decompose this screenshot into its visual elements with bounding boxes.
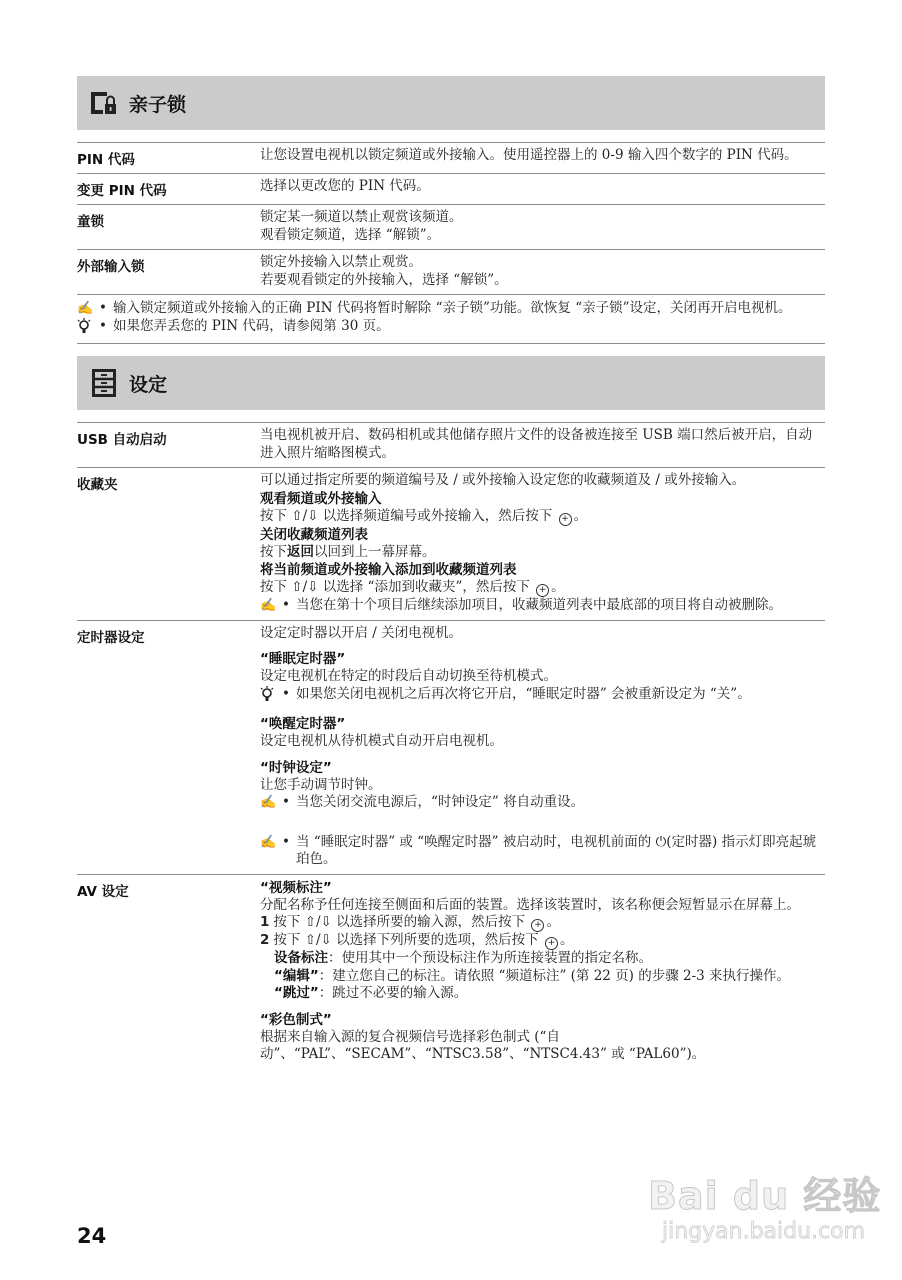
row-text: 按下 ⇧/⇩ 以选择频道编号或外接输入，然后按下 +。 [260,508,825,526]
note-item: ✍ • 当您关闭交流电源后，“时钟设定” 将自动重设。 [260,794,825,812]
row-label: 外部输入锁 [77,254,260,289]
row-text: 锁定某一频道以禁止观赏该频道。 [260,209,825,227]
text: ：使用其中一个预设标注作为所连接装置的指定名称。 [328,950,652,966]
bullet: • [99,300,113,318]
row-text: 选择以更改您的 PIN 代码。 [260,178,825,196]
subheading: “彩色制式” [260,1011,825,1029]
text: 按下 ⇧/⇩ 以选择频道编号或外接输入，然后按下 [260,508,552,524]
subheading: “时钟设定” [260,759,825,777]
bullet: • [99,318,113,336]
watermark-logo-text: Bai du 经验 [648,1165,881,1220]
subheading: 将当前频道或外接输入添加到收藏频道列表 [260,561,825,579]
timer-indicator-icon: ⏻ [656,834,667,850]
text: ：建立您自己的标注。请依照 “频道标注” (第 22 页) 的步骤 2-3 来执… [319,968,790,984]
tip-bulb-icon [260,686,282,708]
text: 按下 ⇧/⇩ 以选择 “添加到收藏夹”，然后按下 [260,579,530,595]
subheading: 观看频道或外接输入 [260,490,825,508]
row-text: 设定定时器以开启 / 关闭电视机。 [260,625,825,643]
text: 以回到上一幕屏幕。 [314,544,436,560]
row-text: 分配名称予任何连接至侧面和后面的装置。选择该装置时，该名称便会短暂显示在屏幕上。 [260,897,825,915]
table-row-usb-auto-start: USB 自动启动 当电视机被开启、数码相机或其他储存照片文件的设备被连接至 US… [77,422,825,467]
step-number: 1 [260,914,269,930]
note-text: 当 “睡眠定时器” 或 “唤醒定时器” 被启动时，电视机前面的 ⏻(定时器) 指… [296,834,825,869]
note-pencil-icon: ✍ [77,300,99,318]
text: ：跳过不必要的输入源。 [319,985,468,1001]
text: 按下 ⇧/⇩ 以选择下列所要的选项，然后按下 [273,932,538,948]
subheading: “唤醒定时器” [260,715,825,733]
parental-lock-icon [89,88,119,118]
option-name: “跳过” [274,985,319,1001]
baidu-watermark: Bai du 经验 jingyan.baidu.com [648,1165,888,1265]
note-text: 输入锁定频道或外接输入的正确 PIN 代码将暂时解除 “亲子锁”功能。欲恢复 “… [113,300,825,318]
row-text: 可以通过指定所要的频道编号及 / 或外接输入设定您的收藏频道及 / 或外接输入。 [260,472,825,490]
tip-item: • 如果您弄丢您的 PIN 代码，请参阅第 30 页。 [77,318,825,340]
table-row-timer-settings: 定时器设定 设定定时器以开启 / 关闭电视机。 “睡眠定时器” 设定电视机在特定… [77,620,825,874]
bullet: • [282,686,296,704]
row-text: 锁定外接输入以禁止观赏。 [260,254,825,272]
note-text: 当您关闭交流电源后，“时钟设定” 将自动重设。 [296,794,825,812]
row-text: 设定电视机在特定的时段后自动切换至待机模式。 [260,668,825,686]
bullet: • [282,794,296,812]
row-text: 若要观看锁定的外接输入，选择 “解锁”。 [260,272,825,290]
row-text: 观看锁定频道，选择 “解锁”。 [260,227,825,245]
text: 按下 ⇧/⇩ 以选择所要的输入源，然后按下 [273,914,525,930]
note-pencil-icon: ✍ [260,834,282,852]
table-row-av-settings: AV 设定 “视频标注” 分配名称予任何连接至侧面和后面的装置。选择该装置时，该… [77,874,825,1069]
note-pencil-icon: ✍ [260,794,282,812]
row-text: 让您设置电视机以锁定频道或外接输入。使用遥控器上的 0-9 输入四个数字的 PI… [260,147,825,165]
row-text: 根据来自输入源的复合视频信号选择彩色制式 (“自动”、“PAL”、“SECAM”… [260,1029,825,1064]
section-header-parental-lock: 亲子锁 [77,76,825,130]
tip-text: 如果您弄丢您的 PIN 代码，请参阅第 30 页。 [113,318,825,336]
option-item: “编辑”：建立您自己的标注。请依照 “频道标注” (第 22 页) 的步骤 2-… [260,968,825,986]
option-item: 设备标注：使用其中一个预设标注作为所连接装置的指定名称。 [260,950,825,968]
return-key-label: 返回 [287,544,314,560]
section-header-settings: 设定 [77,356,825,410]
subheading: “睡眠定时器” [260,650,825,668]
row-text: 设定电视机从待机模式自动开启电视机。 [260,733,825,751]
text: 。 [560,932,574,948]
table-row-favorites: 收藏夹 可以通过指定所要的频道编号及 / 或外接输入设定您的收藏频道及 / 或外… [77,467,825,620]
row-text: 当电视机被开启、数码相机或其他储存照片文件的设备被连接至 USB 端口然后被开启… [260,427,825,462]
subheading: “视频标注” [260,879,825,897]
table-row-change-pin: 变更 PIN 代码 选择以更改您的 PIN 代码。 [77,173,825,204]
row-text: 按下 ⇧/⇩ 以选择 “添加到收藏夹”，然后按下 +。 [260,579,825,597]
manual-page: 亲子锁 PIN 代码 让您设置电视机以锁定频道或外接输入。使用遥控器上的 0-9… [77,76,825,1069]
option-name: “编辑” [274,968,319,984]
step-item: 2按下 ⇧/⇩ 以选择下列所要的选项，然后按下 +。 [260,932,825,950]
enter-button-icon: + [559,513,572,526]
row-text: 让您手动调节时钟。 [260,777,825,795]
page-number: 24 [77,1224,106,1248]
text: 。 [574,508,588,524]
step-item: 1按下 ⇧/⇩ 以选择所要的输入源，然后按下 +。 [260,914,825,932]
row-label: 童锁 [77,209,260,244]
parental-lock-notes: ✍ • 输入锁定频道或外接输入的正确 PIN 代码将暂时解除 “亲子锁”功能。欲… [77,294,825,344]
bullet: • [282,597,296,615]
table-row-child-lock: 童锁 锁定某一频道以禁止观赏该频道。 观看锁定频道，选择 “解锁”。 [77,204,825,249]
tip-item: • 如果您关闭电视机之后再次将它开启，“睡眠定时器” 会被重新设定为 “关”。 [260,686,825,708]
tip-bulb-icon [77,318,99,340]
step-number: 2 [260,932,269,948]
note-item: ✍ • 输入锁定频道或外接输入的正确 PIN 代码将暂时解除 “亲子锁”功能。欲… [77,300,825,318]
enter-button-icon: + [531,919,544,932]
note-item: ✍ • 当您在第十个项目后继续添加项目，收藏频道列表中最底部的项目将自动被删除。 [260,597,825,615]
row-label: 定时器设定 [77,625,260,869]
row-label: PIN 代码 [77,147,260,168]
text: 。 [551,579,565,595]
option-item: “跳过”：跳过不必要的输入源。 [260,985,825,1003]
settings-cabinet-icon [89,368,119,398]
note-text: 当您在第十个项目后继续添加项目，收藏频道列表中最底部的项目将自动被删除。 [296,597,825,615]
section-title: 亲子锁 [129,90,186,117]
text: 。 [546,914,560,930]
row-label: 收藏夹 [77,472,260,615]
enter-button-icon: + [545,937,558,950]
row-label: 变更 PIN 代码 [77,178,260,199]
note-item: ✍ • 当 “睡眠定时器” 或 “唤醒定时器” 被启动时，电视机前面的 ⏻(定时… [260,834,825,869]
row-label: USB 自动启动 [77,427,260,462]
table-row-external-input-lock: 外部输入锁 锁定外接输入以禁止观赏。 若要观看锁定的外接输入，选择 “解锁”。 [77,249,825,294]
row-text: 按下返回以回到上一幕屏幕。 [260,544,825,562]
table-row-pin-code: PIN 代码 让您设置电视机以锁定频道或外接输入。使用遥控器上的 0-9 输入四… [77,142,825,173]
note-pencil-icon: ✍ [260,597,282,615]
option-name: 设备标注 [274,950,328,966]
row-label: AV 设定 [77,879,260,1064]
subheading: 关闭收藏频道列表 [260,526,825,544]
tip-text: 如果您关闭电视机之后再次将它开启，“睡眠定时器” 会被重新设定为 “关”。 [296,686,825,704]
watermark-url: jingyan.baidu.com [662,1219,865,1244]
section-title: 设定 [129,370,167,397]
text: 当 “睡眠定时器” 或 “唤醒定时器” 被启动时，电视机前面的 [296,834,651,850]
text: 按下 [260,544,287,560]
enter-button-icon: + [536,584,549,597]
bullet: • [282,834,296,852]
